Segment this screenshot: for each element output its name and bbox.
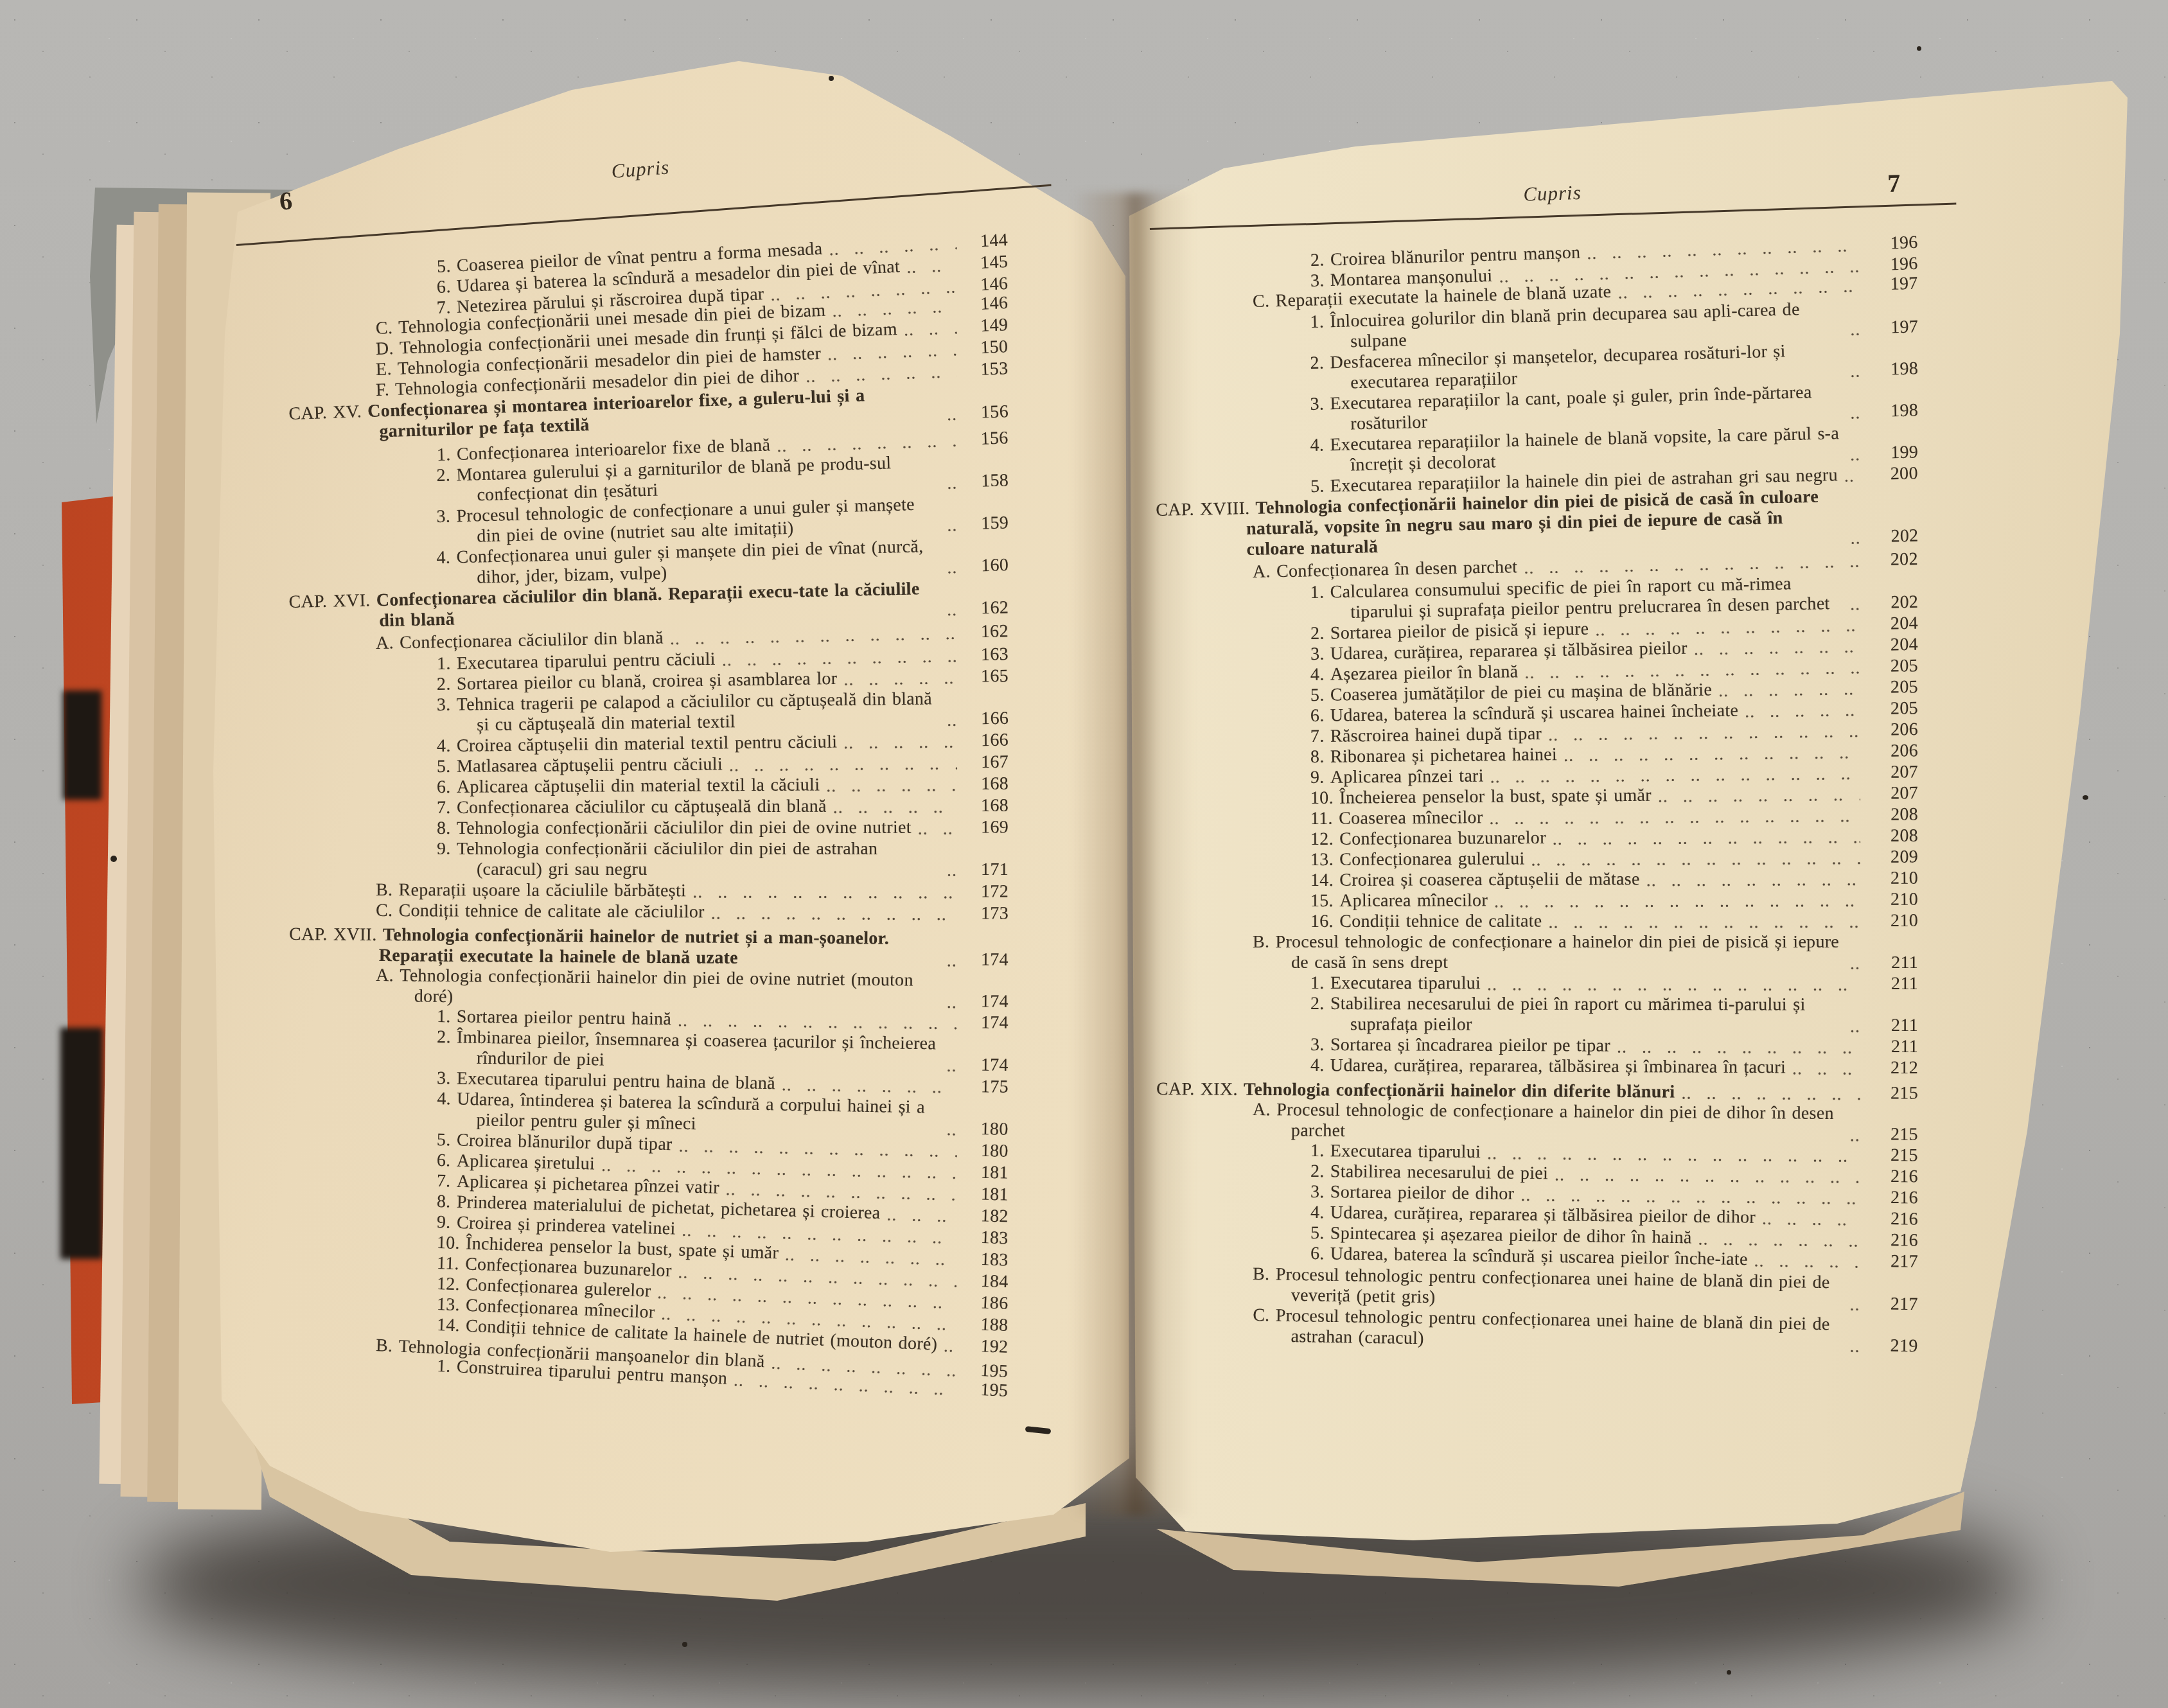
toc-entry: 16. Condiții tehnice de calitate210: [1310, 911, 1957, 932]
entry-page-number: 172: [957, 881, 1053, 902]
dot-leader: [1490, 764, 1861, 786]
dot-leader: [903, 318, 957, 339]
entry-page-number: 208: [1860, 825, 1957, 847]
entry-text: 5. Matlasarea căptușelii pentru căciuli: [437, 754, 723, 777]
entry-page-number: 168: [957, 795, 1053, 816]
entry-page-number: 145: [956, 250, 1053, 275]
entry-text: 7. Răscroirea hainei după tipar: [1310, 724, 1542, 747]
entry-prefix: 4.: [1310, 665, 1330, 685]
dot-leader: [1850, 320, 1861, 339]
dot-leader: [782, 1075, 957, 1096]
entry-title: Răscroirea hainei după tipar: [1330, 724, 1542, 746]
entry-prefix: 15.: [1310, 891, 1339, 911]
entry-page-number: 195: [956, 1378, 1053, 1404]
entry-prefix: 10.: [437, 1233, 466, 1253]
entry-prefix: 2.: [1310, 994, 1330, 1014]
entry-text: A. Tehnologia confecționării hainelor di…: [376, 965, 941, 1012]
dot-leader: [1531, 849, 1860, 869]
dot-leader: [1762, 1209, 1860, 1229]
entry-page-number: 156: [956, 427, 1053, 450]
dot-leader: [1849, 1337, 1860, 1356]
entry-prefix: A.: [1253, 561, 1277, 582]
toc-entry: 3. Tehnica tragerii pe calapod a căciuli…: [437, 687, 1054, 736]
entry-prefix: CAP. XVII.: [289, 924, 383, 945]
dot-leader: [1646, 870, 1860, 890]
entry-page-number: 211: [1860, 1016, 1957, 1036]
toc-entry: A. Procesul tehnologic de confecționare …: [1253, 1100, 1957, 1145]
entry-text: CAP. XVII. Tehnologia confecționării hai…: [289, 924, 940, 970]
entry-page-number: 202: [1860, 592, 1957, 614]
dot-leader: [678, 1010, 957, 1033]
entry-prefix: 2.: [437, 674, 457, 694]
speck: [682, 1642, 687, 1647]
entry-page-number: 171: [957, 859, 1053, 880]
entry-page-number: 181: [956, 1162, 1053, 1184]
entry-page-number: 216: [1860, 1209, 1957, 1231]
entry-title: Tehnologia confecționării căciulilor din…: [457, 839, 877, 879]
entry-prefix: E.: [375, 359, 398, 380]
entry-page-number: 196: [1860, 231, 1957, 254]
entry-text: C. Condiții tehnice de calitate ale căci…: [376, 901, 705, 922]
entry-prefix: 5.: [437, 757, 457, 777]
entry-title: Udarea, întinderea și baterea la scîndur…: [457, 1089, 925, 1134]
dot-leader: [886, 1204, 957, 1226]
entry-title: Aplicarea căptușelii din material textil…: [457, 775, 820, 797]
dot-leader: [806, 362, 957, 386]
dot-leader: [1850, 361, 1861, 380]
entry-title: Executarea tiparului: [1330, 973, 1481, 993]
dot-leader: [721, 646, 957, 669]
entry-page-number: 166: [957, 708, 1053, 730]
entry-title: Tehnologia confecționării căciulilor din…: [457, 818, 912, 838]
entry-page-number: 162: [957, 597, 1054, 619]
entry-page-number: 207: [1860, 762, 1957, 783]
entry-prefix: 3.: [437, 1068, 457, 1088]
entry-text: 1. Executarea tiparului: [1310, 1141, 1481, 1163]
entry-prefix: 7.: [437, 1171, 457, 1192]
entry-page-number: 175: [957, 1077, 1053, 1098]
entry-prefix: B.: [1253, 932, 1276, 952]
entry-page-number: 198: [1860, 358, 1957, 381]
entry-text: 16. Condiții tehnice de calitate: [1310, 911, 1542, 932]
dot-leader: [1658, 785, 1860, 806]
entry-prefix: 6.: [1310, 706, 1330, 726]
entry-prefix: 4.: [437, 736, 457, 756]
dot-leader: [843, 668, 957, 689]
entry-text: B. Reparații ușoare la căciulile bărbăte…: [376, 880, 686, 901]
dot-leader: [947, 600, 958, 619]
entry-page-number: 160: [957, 554, 1054, 577]
entry-prefix: 9.: [437, 1212, 457, 1233]
entry-title: Aplicarea șiretului: [457, 1151, 595, 1174]
entry-text: CAP. XVIII. Tehnologia confecționării ha…: [1156, 486, 1844, 562]
dot-leader: [1489, 806, 1860, 828]
dot-leader: [1548, 721, 1860, 744]
entry-text: CAP. XIX. Tehnologia confecționării hain…: [1156, 1079, 1675, 1103]
entry-text: 6. Aplicarea șiretului: [437, 1150, 595, 1174]
entry-page-number: 209: [1860, 847, 1957, 868]
dot-leader: [947, 515, 958, 534]
entry-page-number: 211: [1860, 953, 1957, 973]
entry-page-number: 169: [957, 817, 1053, 838]
entry-page-number: 174: [956, 1055, 1053, 1077]
entry-prefix: 6.: [436, 277, 457, 297]
dot-leader: [1564, 743, 1860, 765]
entry-page-number: 184: [956, 1271, 1053, 1294]
dot-leader: [692, 882, 957, 902]
entry-text: 8. Ribonarea și pichetarea hainei: [1310, 744, 1557, 768]
dot-leader: [947, 558, 958, 577]
entry-title: Încheierea penselor la bust, spate și um…: [1339, 786, 1652, 808]
entry-title: Stabilirea necesarului de piei: [1330, 1161, 1548, 1183]
dot-leader: [1850, 403, 1861, 422]
dot-leader: [1694, 637, 1861, 658]
entry-prefix: CAP. XVI.: [288, 590, 376, 612]
entry-text: 12. Confecționarea buzunarelor: [1310, 828, 1546, 850]
entry-prefix: 4.: [437, 1089, 457, 1109]
entry-text: 9. Tehnologia confecționării căciulilor …: [437, 839, 940, 880]
toc-entry: 9. Tehnologia confecționării căciulilor …: [437, 839, 1053, 880]
entry-text: 7. Confecționarea căciulilor cu căptușea…: [437, 797, 827, 818]
entry-title: Calcularea consumului specific de piei î…: [1330, 574, 1830, 622]
entry-prefix: CAP. XIX.: [1156, 1079, 1244, 1100]
dot-leader: [1520, 1185, 1860, 1208]
entry-title: Sortarea pieilor de dihor: [1330, 1182, 1515, 1204]
entry-prefix: 3.: [1310, 1182, 1330, 1202]
toc-entry: 4. Udarea, curățirea, repararea, tălbăsi…: [1310, 1055, 1957, 1079]
entry-page-number: 188: [956, 1314, 1053, 1338]
dot-leader: [947, 951, 957, 970]
entry-text: 9. Aplicarea pînzei tari: [1310, 766, 1484, 788]
entry-text: 3. Sortarea pieilor de dihor: [1310, 1182, 1515, 1204]
entry-page-number: 163: [957, 644, 1054, 666]
entry-prefix: 1.: [1310, 582, 1330, 603]
dot-leader: [1553, 827, 1860, 849]
entry-page-number: 216: [1860, 1188, 1957, 1209]
entry-text: A. Confecționarea căciulilor din blană: [376, 628, 664, 654]
entry-page-number: 215: [1860, 1083, 1957, 1104]
speck: [1727, 1670, 1731, 1675]
entry-page-number: 202: [1860, 549, 1957, 571]
dot-leader: [669, 624, 957, 649]
dot-leader: [711, 903, 957, 924]
entry-title: Confecționarea buzunarelor: [1339, 828, 1546, 849]
entry-prefix: 8.: [1310, 747, 1330, 767]
entry-prefix: B.: [1253, 1264, 1276, 1285]
entry-page-number: 210: [1860, 868, 1957, 889]
entry-page-number: 208: [1860, 804, 1957, 825]
entry-prefix: CAP. XV.: [288, 401, 368, 424]
entry-text: 2. Stabilirea necesarului de piei: [1310, 1161, 1548, 1184]
speck: [829, 76, 834, 81]
entry-page-number: 167: [957, 752, 1053, 773]
entry-prefix: B.: [376, 880, 399, 900]
entry-prefix: 3.: [437, 695, 457, 715]
entry-prefix: 2.: [1310, 623, 1330, 644]
entry-prefix: 2.: [437, 1027, 457, 1047]
dot-leader: [906, 256, 957, 277]
entry-prefix: 6.: [437, 777, 457, 797]
entry-prefix: 6.: [437, 1150, 457, 1171]
entry-title: Confecționarea gulerului: [1339, 849, 1524, 869]
entry-text: 10. Încheierea penselor la bust, spate ș…: [1310, 786, 1652, 809]
entry-prefix: 12.: [1310, 829, 1339, 849]
entry-prefix: 2.: [436, 465, 457, 486]
entry-prefix: 13.: [1310, 850, 1339, 870]
entry-prefix: 5.: [1310, 685, 1330, 705]
entry-text: 1. Sortarea pieilor pentru haină: [437, 1007, 671, 1030]
entry-text: 2. Îmbinarea pieilor, însemnarea și coas…: [437, 1027, 941, 1075]
entry-text: 4. Croirea căptușelii din material texti…: [437, 732, 838, 757]
entry-page-number: 180: [956, 1118, 1053, 1141]
entry-text: 6. Aplicarea căptușelii din material tex…: [437, 775, 820, 798]
entry-prefix: 9.: [1310, 768, 1330, 788]
toc-entry: 14. Croirea și coaserea căptușelii de mă…: [1310, 868, 1957, 891]
entry-prefix: 3.: [1310, 1035, 1330, 1055]
right-page-number: 7: [1887, 168, 1901, 198]
speck: [1917, 46, 1921, 51]
entry-prefix: 3.: [1310, 270, 1331, 291]
entry-title: Sortarea pieilor de pisică și iepure: [1330, 619, 1589, 644]
entry-title: Aplicarea pînzei tari: [1330, 766, 1484, 788]
dot-leader: [946, 1056, 956, 1075]
entry-title: Udarea, curățirea, repararea, tălbăsirea…: [1330, 1055, 1786, 1077]
entry-page-number: 202: [1860, 525, 1957, 547]
dot-leader: [1698, 1229, 1860, 1250]
entry-title: Coaserea mînecilor: [1339, 807, 1483, 829]
dot-leader: [843, 732, 957, 753]
entry-prefix: A.: [376, 633, 400, 653]
entry-prefix: 8.: [437, 1192, 457, 1212]
dot-leader: [1850, 445, 1861, 464]
toc-entry: 15. Aplicarea mînecilor210: [1310, 890, 1957, 911]
dot-leader: [1494, 891, 1860, 911]
entry-prefix: C.: [1253, 291, 1276, 312]
dot-leader: [1617, 1037, 1860, 1057]
entry-prefix: C.: [1253, 1305, 1276, 1326]
entry-title: Procesul tehnologic de confecționare a h…: [1276, 1100, 1834, 1141]
entry-page-number: 197: [1860, 272, 1957, 295]
toc-entry: B. Reparații ușoare la căciulile bărbăte…: [376, 880, 1053, 902]
entry-prefix: 5.: [437, 1130, 457, 1150]
entry-page-number: 166: [957, 730, 1053, 752]
dot-leader: [947, 710, 957, 730]
entry-prefix: CAP. XVIII.: [1156, 498, 1256, 520]
entry-page-number: 210: [1860, 890, 1957, 910]
entry-title: Ribonarea și pichetarea hainei: [1330, 744, 1557, 767]
toc-entry: 3. Sortarea și încadrarea pieilor pe tip…: [1310, 1035, 1957, 1057]
toc-entry: 13. Confecționarea gulerului209: [1310, 847, 1957, 870]
right-toc-list: 2. Croirea blănurilor pentru manșon1963.…: [1150, 251, 1957, 1346]
entry-page-number: 212: [1860, 1058, 1957, 1079]
entry-page-number: 186: [956, 1292, 1053, 1316]
book-photo: 6 Cupris Cupris 7 5. Coaserea pieilor de…: [0, 0, 2168, 1708]
dot-leader: [1844, 466, 1861, 486]
speck: [110, 856, 117, 862]
entry-prefix: 7.: [437, 798, 457, 818]
entry-text: 3. Tehnica tragerii pe calapod a căciuli…: [437, 689, 941, 736]
entry-prefix: 3.: [1310, 394, 1330, 414]
entry-title: Reparații ușoare la căciulile bărbătești: [399, 880, 687, 901]
dot-leader: [1850, 954, 1860, 973]
entry-prefix: 16.: [1310, 911, 1339, 931]
entry-text: 15. Aplicarea mînecilor: [1310, 890, 1488, 911]
entry-page-number: 159: [957, 512, 1054, 535]
entry-prefix: 5.: [436, 256, 457, 277]
toc-entry: 8. Tehnologia confecționării căciulilor …: [437, 817, 1053, 839]
toc-entry: C. Condiții tehnice de calitate ale căci…: [376, 901, 1053, 924]
entry-page-number: 216: [1860, 1167, 1957, 1188]
entry-page-number: 204: [1860, 613, 1957, 635]
entry-page-number: 199: [1860, 441, 1957, 464]
entry-page-number: 174: [957, 949, 1053, 971]
entry-prefix: 4.: [1310, 435, 1330, 455]
entry-page-number: 215: [1860, 1145, 1957, 1167]
entry-page-number: 162: [957, 621, 1054, 643]
entry-page-number: 205: [1860, 655, 1957, 677]
entry-title: Tehnologia confecționării hainelor de nu…: [379, 925, 889, 968]
toc-entry: A. Tehnologia confecționării hainelor di…: [376, 965, 1054, 1013]
entry-page-number: 198: [1860, 400, 1957, 423]
entry-title: Procesul tehnologic de confecționare a h…: [1276, 932, 1840, 973]
entry-prefix: 1.: [1310, 1141, 1330, 1161]
entry-prefix: 6.: [1310, 1244, 1330, 1263]
dot-leader: [1681, 1084, 1860, 1104]
dot-leader: [1548, 912, 1860, 932]
dot-leader: [1718, 679, 1860, 700]
entry-title: Procesul tehnologic pentru confecționare…: [1276, 1265, 1830, 1308]
entry-prefix: 1.: [437, 445, 457, 465]
entry-title: Sortarea și încadrarea pieilor pe tipar: [1330, 1035, 1610, 1055]
entry-text: 4. Udarea, curățirea, repararea, tălbăsi…: [1310, 1055, 1786, 1078]
dot-leader: [729, 753, 957, 775]
entry-title: Confecționarea în desen parchet: [1276, 557, 1518, 581]
entry-prefix: 13.: [436, 1294, 466, 1316]
toc-entry: 6. Aplicarea căptușelii din material tex…: [437, 773, 1053, 798]
speck: [2083, 795, 2088, 800]
entry-title: Tehnologia confecționării hainelor din p…: [1246, 487, 1819, 559]
toc-entry: B. Procesul tehnologic de confecționare …: [1253, 932, 1957, 973]
entry-prefix: 9.: [437, 839, 457, 859]
entry-title: Stabilirea necesarului de piei în raport…: [1330, 994, 1806, 1034]
dot-leader: [1849, 1295, 1860, 1314]
entry-prefix: 1.: [1310, 312, 1330, 332]
dot-leader: [1487, 1143, 1860, 1166]
entry-page-number: 180: [957, 1140, 1054, 1163]
entry-prefix: 1.: [437, 1007, 457, 1026]
dot-leader: [944, 1336, 957, 1356]
entry-page-number: 204: [1860, 634, 1957, 656]
entry-page-number: 219: [1860, 1335, 1956, 1357]
entry-page-number: 174: [957, 1012, 1053, 1034]
entry-text: 4. Așezarea pieilor în blană: [1310, 662, 1519, 685]
entry-page-number: 165: [957, 665, 1053, 687]
entry-prefix: 5.: [1310, 1223, 1330, 1243]
entry-prefix: 7.: [1310, 726, 1330, 746]
entry-page-number: 206: [1860, 719, 1957, 741]
entry-text: 8. Tehnologia confecționării căciulilor …: [437, 818, 912, 839]
entry-title: Matlasarea căptușelii pentru căciuli: [457, 754, 723, 776]
entry-prefix: 2.: [1310, 353, 1330, 373]
entry-page-number: 174: [957, 991, 1053, 1012]
entry-page-number: 197: [1860, 316, 1957, 339]
entry-title: Tehnologia confecționării hainelor din p…: [400, 965, 913, 1007]
entry-prefix: 1.: [437, 653, 457, 674]
toc-entry: 1. Executarea tiparului211: [1310, 973, 1957, 994]
entry-page-number: 182: [956, 1205, 1053, 1228]
entry-text: A. Procesul tehnologic de confecționare …: [1253, 1100, 1844, 1145]
dot-leader: [1850, 1017, 1860, 1036]
entry-prefix: 4.: [1310, 1055, 1330, 1075]
entry-page-number: 210: [1860, 911, 1957, 931]
entry-prefix: 8.: [437, 818, 457, 838]
toc-entry: 2. Stabilirea necesarului de piei în rap…: [1310, 994, 1957, 1036]
entry-prefix: B.: [375, 1335, 399, 1356]
entry-prefix: 14.: [436, 1315, 466, 1336]
dot-leader: [918, 819, 957, 838]
dot-leader: [1555, 1165, 1860, 1186]
entry-text: 3. Sortarea și încadrarea pieilor pe tip…: [1310, 1035, 1610, 1057]
entry-page-number: 205: [1860, 676, 1957, 698]
entry-title: Confecționarea căciulilor din blană: [400, 628, 664, 653]
entry-page-number: 217: [1860, 1251, 1957, 1273]
entry-prefix: 2.: [1310, 1161, 1330, 1181]
entry-text: B. Procesul tehnologic de confecționare …: [1253, 932, 1844, 973]
entry-prefix: C.: [375, 318, 399, 339]
entry-text: 13. Confecționarea gulerului: [1310, 849, 1525, 870]
entry-page-number: 168: [957, 773, 1053, 795]
entry-prefix: 10.: [1310, 788, 1339, 808]
entry-page-number: 153: [956, 357, 1053, 381]
entry-text: 14. Croirea și coaserea căptușelii de mă…: [1310, 869, 1640, 891]
dot-leader: [827, 340, 957, 364]
entry-title: Confecționarea căciulilor cu căptușeală …: [457, 797, 827, 818]
entry-title: Croirea căptușelii din material textil p…: [457, 732, 838, 755]
toc-entry: 12. Confecționarea buzunarelor208: [1310, 825, 1957, 850]
entry-text: 2. Stabilirea necesarului de piei în rap…: [1310, 994, 1844, 1036]
entry-page-number: 173: [957, 903, 1053, 924]
entry-prefix: 4.: [436, 547, 457, 568]
entry-title: Tehnica tragerii pe calapod a căciulilor…: [457, 689, 933, 735]
entry-prefix: D.: [375, 339, 400, 359]
entry-title: Executarea tiparului pentru căciuli: [457, 649, 716, 674]
dot-leader: [1745, 700, 1860, 721]
dot-leader: [1792, 1059, 1860, 1078]
entry-title: Croirea blănurilor după tipar: [457, 1131, 673, 1155]
dot-leader: [1850, 528, 1861, 547]
entry-prefix: 3.: [1310, 644, 1330, 664]
dot-leader: [947, 992, 957, 1012]
entry-title: Condiții tehnice de calitate ale căciuli…: [399, 901, 705, 922]
dot-leader: [826, 775, 957, 795]
entry-prefix: 11.: [437, 1253, 466, 1274]
entry-page-number: 205: [1860, 698, 1957, 719]
dot-leader: [1850, 1125, 1860, 1145]
entry-page-number: 211: [1860, 1037, 1957, 1057]
cover-wear-mark: [60, 1028, 103, 1259]
entry-page-number: 149: [956, 313, 1053, 338]
entry-prefix: 14.: [1310, 870, 1339, 890]
entry-page-number: 206: [1860, 741, 1957, 762]
entry-title: Croirea și coaserea căptușelii de mătase: [1339, 869, 1640, 890]
entry-text: 1. Executarea tiparului: [1310, 973, 1481, 994]
dot-leader: [1850, 594, 1861, 613]
entry-page-number: 183: [956, 1249, 1053, 1272]
dot-leader: [947, 405, 958, 424]
dot-leader: [1487, 974, 1860, 994]
entry-title: Sortarea pieilor pentru haină: [457, 1007, 672, 1029]
entry-prefix: 3.: [436, 506, 457, 527]
